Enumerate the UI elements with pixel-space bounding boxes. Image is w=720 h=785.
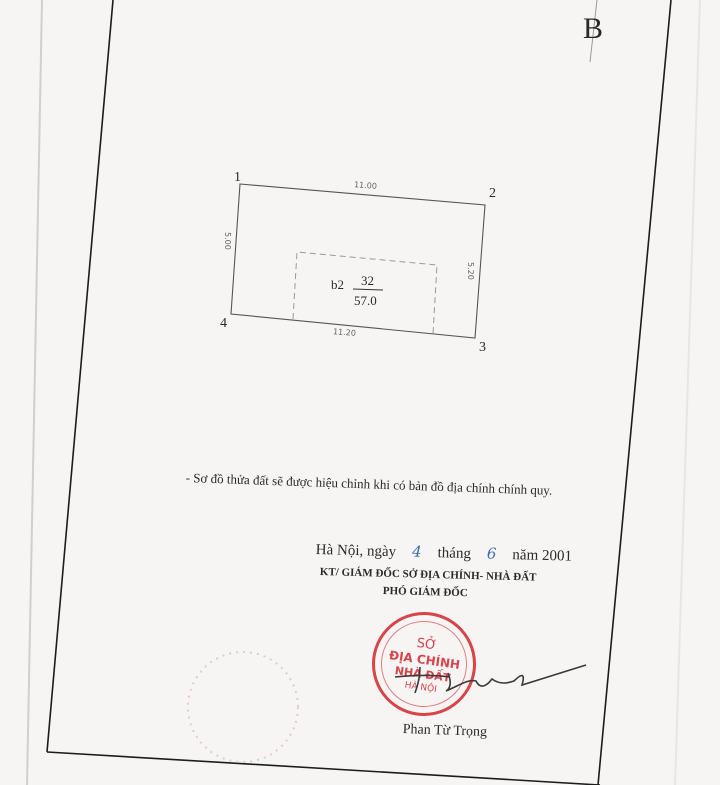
edge-length-left: 5.00 <box>223 232 232 250</box>
signature <box>390 655 590 705</box>
date-day: 4 <box>400 542 434 561</box>
parcel-area: 57.0 <box>354 293 377 309</box>
map-sheet-number: b2 <box>331 277 344 293</box>
signatory-subtitle: PHÓ GIÁM ĐỐC <box>383 585 468 599</box>
date-month: 6 <box>474 544 508 563</box>
page-frame <box>0 0 720 785</box>
vertex-label: 4 <box>220 316 227 332</box>
edge-length-bottom: 11.20 <box>333 327 357 338</box>
date-year: năm 2001 <box>512 547 572 565</box>
land-certificate-page: B 1 2 3 4 11.00 5.20 11.20 5.00 b2 32 57… <box>0 0 720 785</box>
edge-length-top: 11.00 <box>354 180 378 191</box>
sheet-label: B <box>583 12 603 46</box>
vertex-label: 3 <box>479 340 486 356</box>
parcel-number: 32 <box>361 273 374 289</box>
date-month-label: tháng <box>437 545 471 562</box>
vertex-label: 2 <box>489 186 496 202</box>
signer-name: Phan Từ Trọng <box>402 722 487 741</box>
date-prefix: Hà Nội, ngày <box>316 542 397 560</box>
edge-length-right: 5.20 <box>466 262 475 280</box>
vertex-label: 1 <box>234 170 241 186</box>
